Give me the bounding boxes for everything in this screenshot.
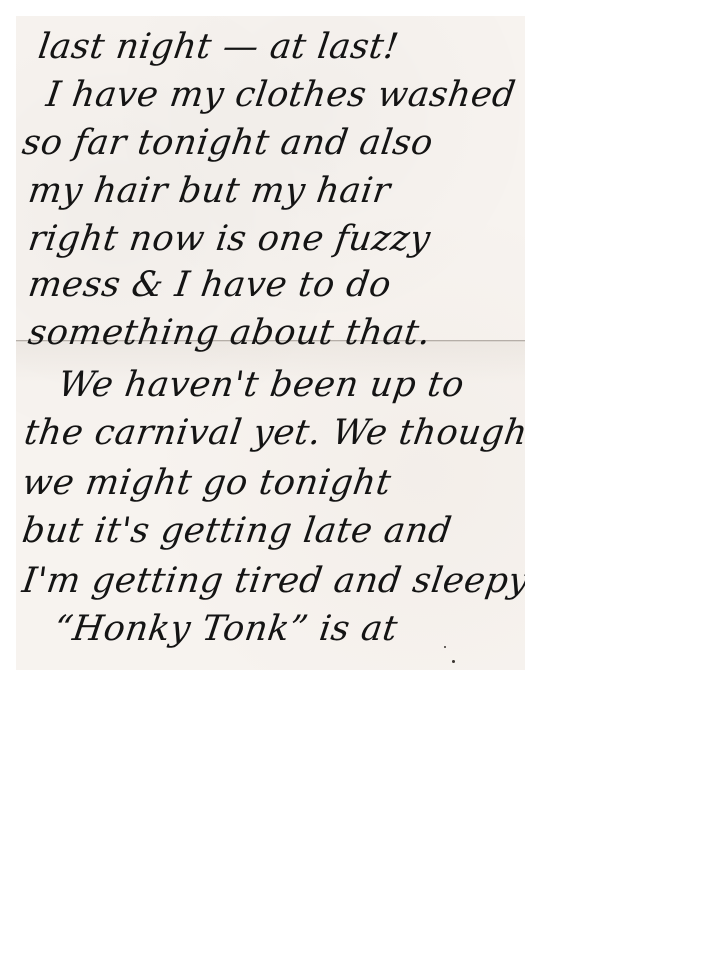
handwritten-line: I have my clothes washed (44, 78, 518, 113)
handwritten-line: so far tonight and also (20, 126, 435, 161)
letter-page: last night — at last! I have my clothes … (16, 16, 525, 670)
handwritten-line: mess & I have to do (26, 268, 393, 303)
handwritten-line: last night — at last! (36, 30, 401, 65)
paper-speck (444, 646, 446, 648)
handwritten-line: right now is one fuzzy (26, 222, 433, 257)
handwritten-line: I'm getting tired and sleepy. (20, 564, 525, 599)
handwritten-line: something about that. (26, 316, 433, 351)
handwritten-line: the carnival yet. We thought (22, 416, 525, 451)
handwritten-line: We haven't been up to (56, 368, 466, 403)
handwritten-line: but it's getting late and (20, 514, 454, 549)
paper-speck (452, 660, 455, 663)
handwritten-line: my hair but my hair (26, 174, 393, 209)
handwritten-line: we might go tonight (20, 466, 393, 501)
handwritten-line: “Honky Tonk” is at (52, 612, 400, 647)
